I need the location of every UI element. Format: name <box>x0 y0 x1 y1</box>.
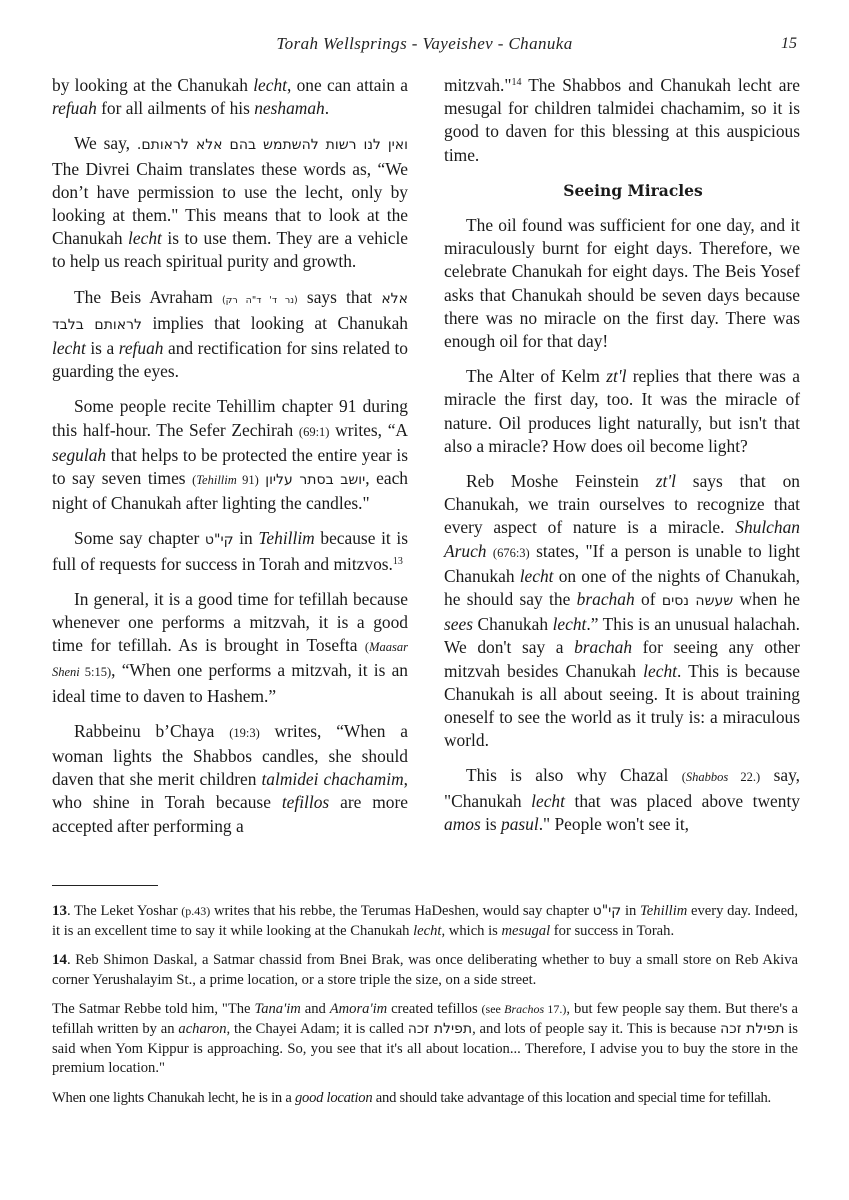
italic-term: brachah <box>577 589 635 609</box>
text: In general, it is a good time for tefill… <box>52 589 408 655</box>
text: says that <box>298 287 382 307</box>
text: in <box>621 903 640 919</box>
citation: (נר ד' ד"ה רק) <box>222 295 298 306</box>
text: This is also why Chazal <box>466 765 682 785</box>
citation: (Tehillim 91) <box>192 473 259 487</box>
text: mitzvah." <box>444 75 511 95</box>
text: Some say chapter <box>74 528 205 548</box>
text: writes, “A <box>329 420 408 440</box>
paragraph-chazal: This is also why Chazal (Shabbos 22.) sa… <box>444 764 800 836</box>
italic-term: lecht <box>531 791 565 811</box>
citation: (19:3) <box>229 726 260 740</box>
italic-term: lecht <box>128 228 162 248</box>
paragraph-beis-avraham: The Beis Avraham (נר ד' ד"ה רק) says tha… <box>52 286 408 384</box>
italic-term: lecht <box>253 75 287 95</box>
hebrew-quote: קי"ט <box>205 532 234 548</box>
footnote-number: 14 <box>52 952 67 968</box>
italic-term: lecht <box>520 566 554 586</box>
italic-term: Tehillim <box>640 903 687 919</box>
text: and should take advantage of this locati… <box>372 1090 771 1106</box>
text: that was placed above twenty <box>565 791 800 811</box>
text: , one can attain a <box>287 75 408 95</box>
italic-term: segulah <box>52 445 106 465</box>
paragraph-chapter-119: Some say chapter קי"ט in Tehillim becaus… <box>52 527 408 575</box>
text: (see <box>482 1002 505 1016</box>
text: ." People won't see it, <box>539 814 689 834</box>
paragraph-continuation: by looking at the Chanukah lecht, one ca… <box>52 74 408 120</box>
text: is <box>481 814 501 834</box>
italic-term: talmidei chachamim <box>261 769 403 789</box>
italic-term: Tehillim <box>196 473 237 487</box>
citation: (Shabbos 22.) <box>682 770 761 784</box>
italic-term: neshamah <box>254 98 325 118</box>
hebrew-quote: שעשה נסים <box>662 593 733 609</box>
text: 22.) <box>728 770 760 784</box>
text: The Alter of Kelm <box>466 366 606 386</box>
text: , and lots of people say it. This is bec… <box>472 1021 720 1037</box>
italic-term: lecht <box>52 338 86 358</box>
italic-term: Shabbos <box>686 770 728 784</box>
text: We say, <box>74 133 137 153</box>
footnote-14-satmar-rebbe: The Satmar Rebbe told him, "The Tana'im … <box>52 1000 798 1078</box>
italic-term: pasul <box>501 814 539 834</box>
paragraph-tefillah-time: In general, it is a good time for tefill… <box>52 588 408 708</box>
text: . Reb Shimon Daskal, a Satmar chassid fr… <box>52 952 798 988</box>
text: created tefillos <box>387 1001 481 1017</box>
italic-term: good location <box>295 1090 372 1106</box>
section-heading: Seeing Miracles <box>444 179 800 202</box>
italic-term: Amora'im <box>330 1001 387 1017</box>
text: When one lights Chanukah lecht, he is in… <box>52 1090 295 1106</box>
italic-term: Tana'im <box>254 1001 300 1017</box>
hebrew-quote: תפילת זכה <box>408 1021 472 1037</box>
text: is a <box>86 338 119 358</box>
text: for success in Torah. <box>550 923 674 939</box>
italic-term: amos <box>444 814 481 834</box>
italic-term: zt'l <box>656 471 676 491</box>
text: in <box>234 528 259 548</box>
footnote-14: 14. Reb Shimon Daskal, a Satmar chassid … <box>52 951 798 990</box>
text: implies that looking at Chanukah <box>142 313 408 333</box>
right-column: mitzvah."14 The Shabbos and Chanukah lec… <box>444 74 800 848</box>
hebrew-quote: קי"ט <box>593 903 622 919</box>
paragraph-divrei-chaim: We say, ואין לנו רשות להשתמש בהם אלא לרא… <box>52 132 408 273</box>
running-header: Torah Wellsprings - Vayeishev - Chanuka … <box>0 34 849 58</box>
text: when he <box>733 589 800 609</box>
paragraph-reb-moshe: Reb Moshe Feinstein zt'l says that on Ch… <box>444 470 800 752</box>
paragraph-tehillim-91: Some people recite Tehillim chapter 91 d… <box>52 395 408 515</box>
text: . <box>325 98 329 118</box>
footnote-separator <box>52 885 158 886</box>
hebrew-quote: יושב בסתר עליון <box>265 472 365 488</box>
italic-term: acharon <box>178 1021 226 1037</box>
paragraph-alter-of-kelm: The Alter of Kelm zt'l replies that ther… <box>444 365 800 458</box>
italic-term: refuah <box>119 338 164 358</box>
text: for all ailments of his <box>97 98 254 118</box>
italic-term: Brachos <box>504 1002 544 1016</box>
paragraph-rabbeinu-bchaya: Rabbeinu b’Chaya (19:3) writes, “When a … <box>52 720 408 838</box>
left-column: by looking at the Chanukah lecht, one ca… <box>52 74 408 850</box>
text: by looking at the Chanukah <box>52 75 253 95</box>
italic-term: lecht <box>413 923 441 939</box>
italic-term: tefillos <box>282 792 329 812</box>
text: The Beis Avraham <box>74 287 222 307</box>
italic-term: lecht <box>643 661 677 681</box>
italic-term: mesugal <box>502 923 551 939</box>
text: Reb Moshe Feinstein <box>466 471 656 491</box>
text: Rabbeinu b’Chaya <box>74 721 229 741</box>
footnote-ref-14[interactable]: 14 <box>511 77 521 88</box>
footnotes: 13. The Leket Yoshar (p.43) writes that … <box>52 902 798 1118</box>
footnote-number: 13 <box>52 903 67 919</box>
text: and <box>301 1001 330 1017</box>
running-header-title: Torah Wellsprings - Vayeishev - Chanuka <box>0 34 849 54</box>
italic-term: brachah <box>574 637 632 657</box>
italic-term: Tehillim <box>258 528 314 548</box>
italic-term: sees <box>444 614 473 634</box>
text: , which is <box>442 923 502 939</box>
paragraph-oil-miracle: The oil found was sufficient for one day… <box>444 214 800 353</box>
italic-term: lecht <box>553 614 587 634</box>
italic-term: zt'l <box>606 366 626 386</box>
text: The Satmar Rebbe told him, "The <box>52 1001 254 1017</box>
citation: (p.43) <box>181 904 210 918</box>
text: 5:15) <box>80 665 111 679</box>
text: , the Chayei Adam; it is called <box>227 1021 408 1037</box>
text: . The Leket Yoshar <box>67 903 181 919</box>
citation: (see Brachos 17.) <box>482 1002 567 1016</box>
footnote-13: 13. The Leket Yoshar (p.43) writes that … <box>52 902 798 941</box>
text: 17.) <box>544 1002 566 1016</box>
hebrew-quote: תפילת זכה <box>720 1021 784 1037</box>
text: The oil found was sufficient for one day… <box>444 215 800 351</box>
page-number: 15 <box>781 35 797 53</box>
text: Chanukah <box>473 614 553 634</box>
text: of <box>635 589 662 609</box>
citation: (676:3) <box>493 546 530 560</box>
citation: (69:1) <box>299 425 330 439</box>
hebrew-quote: ואין לנו רשות להשתמש בהם אלא לראותם. <box>137 137 408 153</box>
footnote-14-conclusion: When one lights Chanukah lecht, he is in… <box>52 1089 798 1109</box>
text: 91) <box>237 473 259 487</box>
paragraph-continuation: mitzvah."14 The Shabbos and Chanukah lec… <box>444 74 800 167</box>
text: writes that his rebbe, the Terumas HaDes… <box>210 903 592 919</box>
italic-term: refuah <box>52 98 97 118</box>
footnote-ref-13[interactable]: 13 <box>393 556 403 567</box>
